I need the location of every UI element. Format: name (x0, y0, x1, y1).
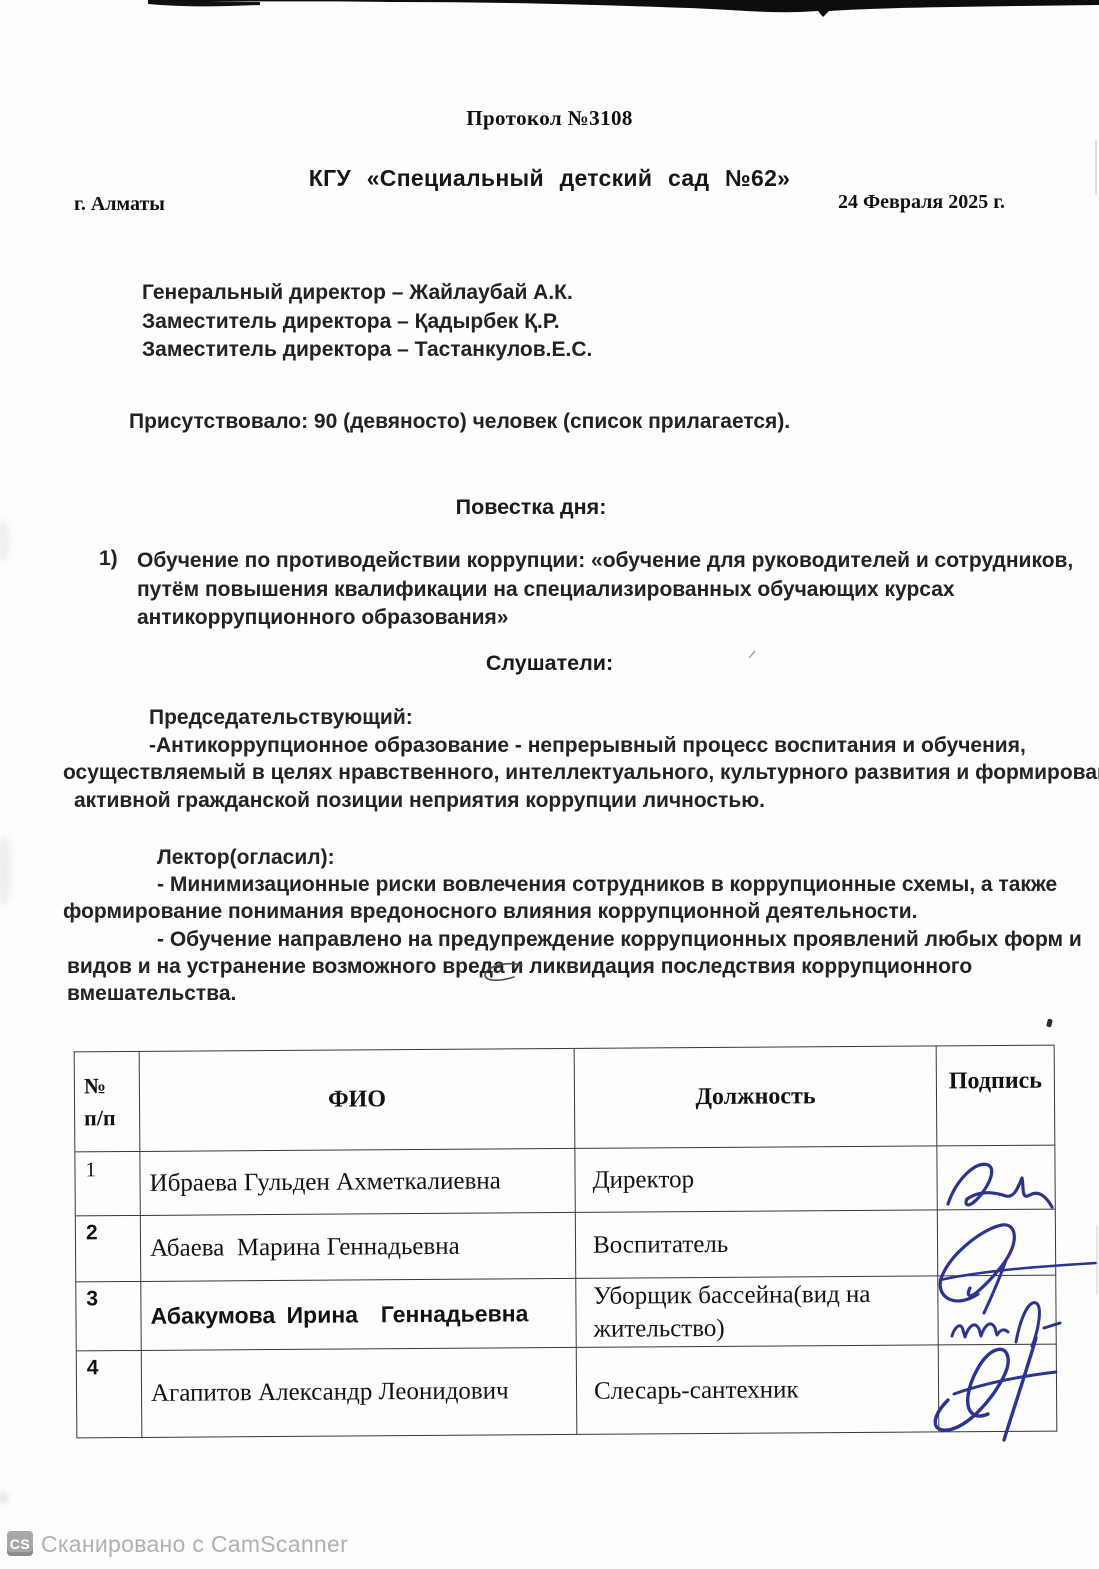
table-row-signature-cell (939, 1345, 1058, 1433)
organization-title: КГУ «Специальный детский сад №62» (0, 165, 1099, 192)
table-row-fio: Агапитов Александр Леонидович (142, 1348, 578, 1438)
lecturer-text-line: вмешательства. (67, 982, 236, 1006)
handwritten-mark (478, 960, 533, 986)
participants-table: № п/п ФИО Должность Подпись 1 Ибраева Гу… (74, 1045, 1058, 1439)
chair-text-line: осуществляемый в целях нравственного, ин… (63, 761, 1099, 785)
lecturer-label: Лектор(огласил): (157, 846, 335, 870)
officials-list: Генеральный директор – Жайлаубай А.К. За… (142, 279, 592, 365)
table-row-position: Воспитатель (576, 1210, 938, 1279)
header-num-line1: № (84, 1070, 106, 1102)
chair-label: Председательствующий: (149, 706, 413, 730)
lecturer-text-line: - Обучение направлено на предупреждение … (157, 928, 1082, 952)
table-row-position: Слесарь-сантехник (577, 1345, 940, 1435)
table-header-fio: ФИО (140, 1049, 576, 1152)
lecturer-text-line: - Минимизационные риски вовлечения сотру… (157, 873, 1057, 897)
header-num-line2: п/п (84, 1102, 116, 1134)
agenda-item-text: Обучение по противодействии коррупции: «… (137, 547, 1073, 633)
table-row-signature-cell (937, 1146, 1055, 1211)
official-line: Генеральный директор – Жайлаубай А.К. (142, 279, 592, 308)
protocol-title: Протокол №3108 (0, 106, 1099, 131)
scan-edge-artifact (0, 0, 1099, 22)
attendance-line: Присутствовало: 90 (девяносто) человек (… (129, 410, 790, 434)
table-row-position: Уборщик бассейна(вид на жительство) (576, 1276, 938, 1348)
agenda-line: путём повышения квалификации на специали… (137, 576, 1073, 605)
table-row-fio: Абакумова Ирина Геннадьевна (141, 1279, 576, 1351)
paper-smudge (0, 520, 10, 562)
table-row-num: 4 (77, 1351, 143, 1438)
city-label: г. Алматы (74, 193, 165, 216)
scanned-document-page: Протокол №3108 КГУ «Специальный детский … (0, 0, 1099, 1569)
table-row-num: 2 (76, 1216, 141, 1282)
page-edge-artifact (1095, 140, 1097, 195)
agenda-item-number: 1) (99, 547, 118, 571)
table-header-position: Должность (575, 1046, 938, 1149)
camscanner-logo-icon: CS (7, 1531, 33, 1556)
table-row-position: Директор (575, 1146, 937, 1213)
document-date: 24 Февраля 2025 г. (838, 191, 1005, 214)
official-line: Заместитель директора – Тастанкулов.Е.С. (142, 336, 592, 365)
table-row-signature-cell (938, 1210, 1056, 1277)
paper-smudge (0, 835, 12, 905)
table-row-fio: Ибраева Гульден Ахметкалиевна (140, 1149, 575, 1216)
stray-pen-mark (748, 650, 757, 659)
listeners-heading: Слушатели: (0, 651, 1099, 676)
table-row-fio: Абаева Марина Геннадьевна (141, 1213, 576, 1282)
ink-dot-mark (1046, 1019, 1053, 1028)
table-header-signature: Подпись (937, 1046, 1056, 1147)
agenda-heading: Повестка дня: (0, 495, 1062, 520)
agenda-line: Обучение по противодействии коррупции: «… (137, 547, 1073, 576)
page-edge-artifact (1096, 1225, 1098, 1295)
table-row-signature-cell (938, 1276, 1056, 1346)
official-line: Заместитель директора – Қадырбек Қ.Р. (142, 308, 592, 337)
table-row-num: 1 (75, 1152, 140, 1216)
agenda-line: антикоррупционного образования» (137, 604, 1073, 633)
lecturer-text-line: формирование понимания вредоносного влия… (63, 900, 917, 924)
table-row-num: 3 (76, 1282, 141, 1351)
chair-text-line: -Антикоррупционное образование - непреры… (149, 734, 1026, 758)
chair-text-line: активной гражданской позиции неприятия к… (74, 789, 765, 813)
position-text: Уборщик бассейна(вид на жительство) (593, 1278, 893, 1346)
paper-smudge (0, 1492, 9, 1504)
camscanner-watermark-text: Сканировано с CamScanner (41, 1531, 348, 1558)
table-header-num: № п/п (75, 1052, 141, 1152)
